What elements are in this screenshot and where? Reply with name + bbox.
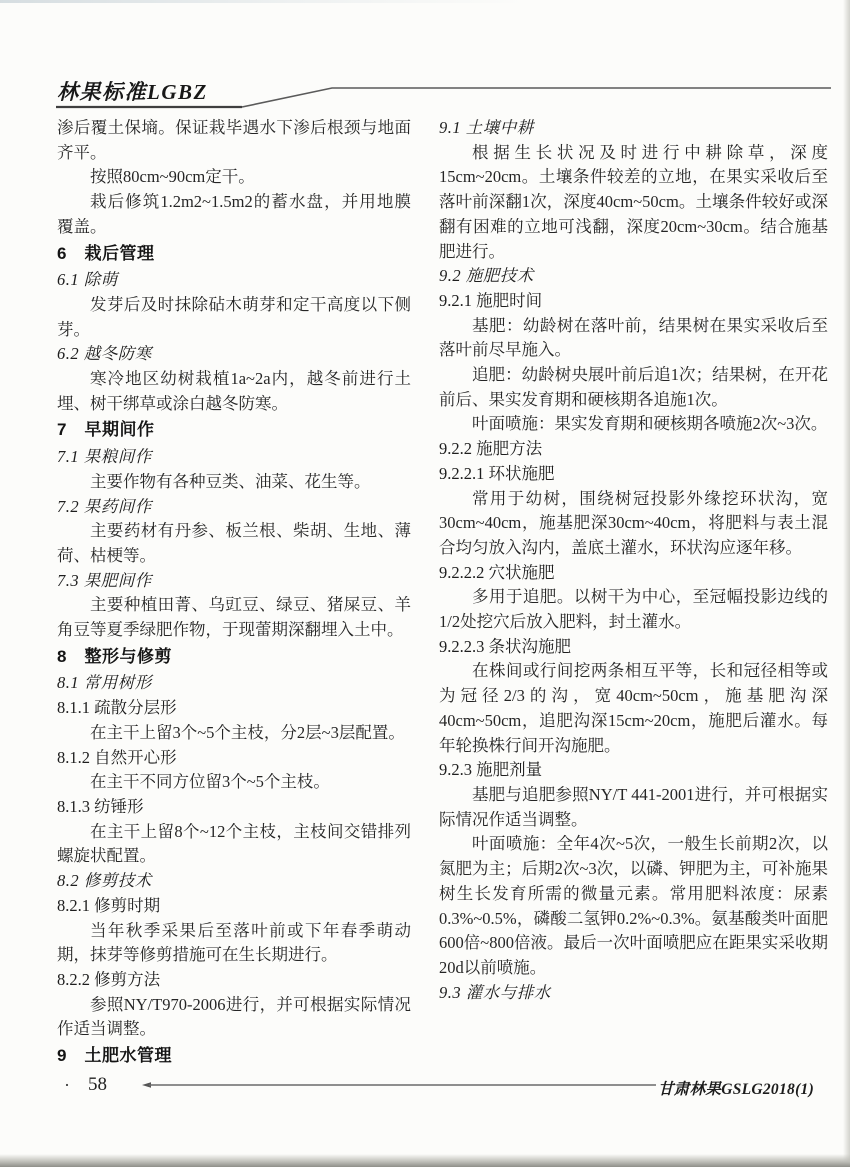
section-heading: 8.1.2 自然开心形 <box>57 746 411 771</box>
section-heading: 9.2 施肥技术 <box>439 264 828 289</box>
paragraph: 常用于幼树，围绕树冠投影外缘挖环状沟，宽30cm~40cm，施基肥深30cm~4… <box>439 487 828 561</box>
paragraph: 主要种植田菁、乌豇豆、绿豆、猪屎豆、羊角豆等夏季绿肥作物，于现蕾期深翻埋入土中。 <box>57 593 411 642</box>
section-heading: 9 土肥水管理 <box>57 1044 411 1069</box>
paragraph: 栽后修筑1.2m2~1.5m2的蓄水盘，并用地膜覆盖。 <box>57 190 411 239</box>
page-number: 58 <box>88 1074 107 1096</box>
section-heading: 8.1.1 疏散分层形 <box>57 696 411 721</box>
paragraph: 叶面喷施：果实发育期和硬核期各喷施2次~3次。 <box>439 412 828 437</box>
paragraph: 参照NY/T970-2006进行，并可根据实际情况作适当调整。 <box>57 993 411 1042</box>
section-heading: 9.3 灌水与排水 <box>439 981 828 1006</box>
section-heading: 8.2.2 修剪方法 <box>57 968 411 993</box>
paragraph: 追肥：幼龄树央展叶前后追1次；结果树，在开花前后、果实发育期和硬核期各追施1次。 <box>439 363 828 412</box>
paragraph: 按照80cm~90cm定干。 <box>57 165 411 190</box>
section-heading: 6.1 除萌 <box>57 268 411 293</box>
paragraph: 叶面喷施：全年4次~5次，一般生长前期2次，以氮肥为主；后期2次~3次，以磷、钾… <box>439 832 828 980</box>
section-heading: 7.1 果粮间作 <box>57 445 411 470</box>
paragraph: 主要作物有各种豆类、油菜、花生等。 <box>57 470 411 495</box>
section-heading: 6.2 越冬防寒 <box>57 342 411 367</box>
section-heading: 8.1.3 纺锤形 <box>57 795 411 820</box>
right-edge-shadow <box>843 0 850 1167</box>
footer-bullet: · <box>64 1075 70 1096</box>
right-column: 9.1 土壤中耕根据生长状况及时进行中耕除草，深度15cm~20cm。土壤条件较… <box>439 116 828 1071</box>
paragraph: 根据生长状况及时进行中耕除草，深度15cm~20cm。土壤条件较差的立地，在果实… <box>439 141 828 265</box>
paragraph: 在主干不同方位留3个~5个主枝。 <box>57 770 411 795</box>
section-heading: 8.2 修剪技术 <box>57 869 411 894</box>
paragraph: 在主干上留3个~5个主枝，分2层~3层配置。 <box>57 721 411 746</box>
paragraph: 主要药材有丹参、板兰根、柴胡、生地、薄荷、枯梗等。 <box>57 519 411 568</box>
section-heading: 7.3 果肥间作 <box>57 569 411 594</box>
paragraph: 在株间或行间挖两条相互平等，长和冠径相等或为冠径2/3的沟，宽40cm~50cm… <box>439 659 828 758</box>
section-heading: 9.2.2 施肥方法 <box>439 437 828 462</box>
paragraph: 基肥与追肥参照NY/T 441-2001进行，并可根据实际情况作适当调整。 <box>439 783 828 832</box>
left-column: 渗后覆土保墒。保证栽毕遇水下渗后根颈与地面齐平。按照80cm~90cm定干。栽后… <box>57 116 411 1071</box>
section-heading: 9.2.2.1 环状施肥 <box>439 462 828 487</box>
paragraph: 渗后覆土保墒。保证栽毕遇水下渗后根颈与地面齐平。 <box>57 116 411 165</box>
page-footer: · 58 甘肃林果GSLG2018(1) <box>0 1074 850 1102</box>
section-heading: 7.2 果药间作 <box>57 495 411 520</box>
section-heading: 7 早期间作 <box>57 418 411 443</box>
paragraph: 寒冷地区幼树栽植1a~2a内，越冬前进行土埋、树干绑草或涂白越冬防寒。 <box>57 367 411 416</box>
section-heading: 8 整形与修剪 <box>57 645 411 670</box>
footer-rule <box>142 1080 656 1090</box>
journal-name: 甘肃林果GSLG2018(1) <box>658 1077 814 1099</box>
section-heading: 8.2.1 修剪时期 <box>57 894 411 919</box>
paragraph: 多用于追肥。以树干为中心，至冠幅投影边线的1/2处挖穴后放入肥料，封土灌水。 <box>439 585 828 634</box>
section-heading: 9.1 土壤中耕 <box>439 116 828 141</box>
section-heading: 9.2.1 施肥时间 <box>439 289 828 314</box>
section-heading: 9.2.2.3 条状沟施肥 <box>439 635 828 660</box>
paragraph: 发芽后及时抹除砧木萌芽和定干高度以下侧芽。 <box>57 293 411 342</box>
paragraph: 在主干上留8个~12个主枝，主枝间交错排列螺旋状配置。 <box>57 820 411 869</box>
section-heading: 6 栽后管理 <box>57 242 411 267</box>
section-heading: 9.2.2.2 穴状施肥 <box>439 561 828 586</box>
section-heading: 9.2.3 施肥剂量 <box>439 758 828 783</box>
masthead-title: 林果标准LGBZ <box>57 76 208 106</box>
paragraph: 当年秋季采果后至落叶前或下年春季萌动期，抹芽等修剪措施可在生长期进行。 <box>57 919 411 968</box>
scanned-document-page: 林果标准LGBZ 渗后覆土保墒。保证栽毕遇水下渗后根颈与地面齐平。按照80cm~… <box>0 0 850 1167</box>
article-body: 渗后覆土保墒。保证栽毕遇水下渗后根颈与地面齐平。按照80cm~90cm定干。栽后… <box>57 116 828 1071</box>
paragraph: 基肥：幼龄树在落叶前，结果树在果实采收后至落叶前尽早施入。 <box>439 314 828 363</box>
bottom-edge-shadow <box>0 1154 850 1167</box>
section-heading: 8.1 常用树形 <box>57 671 411 696</box>
